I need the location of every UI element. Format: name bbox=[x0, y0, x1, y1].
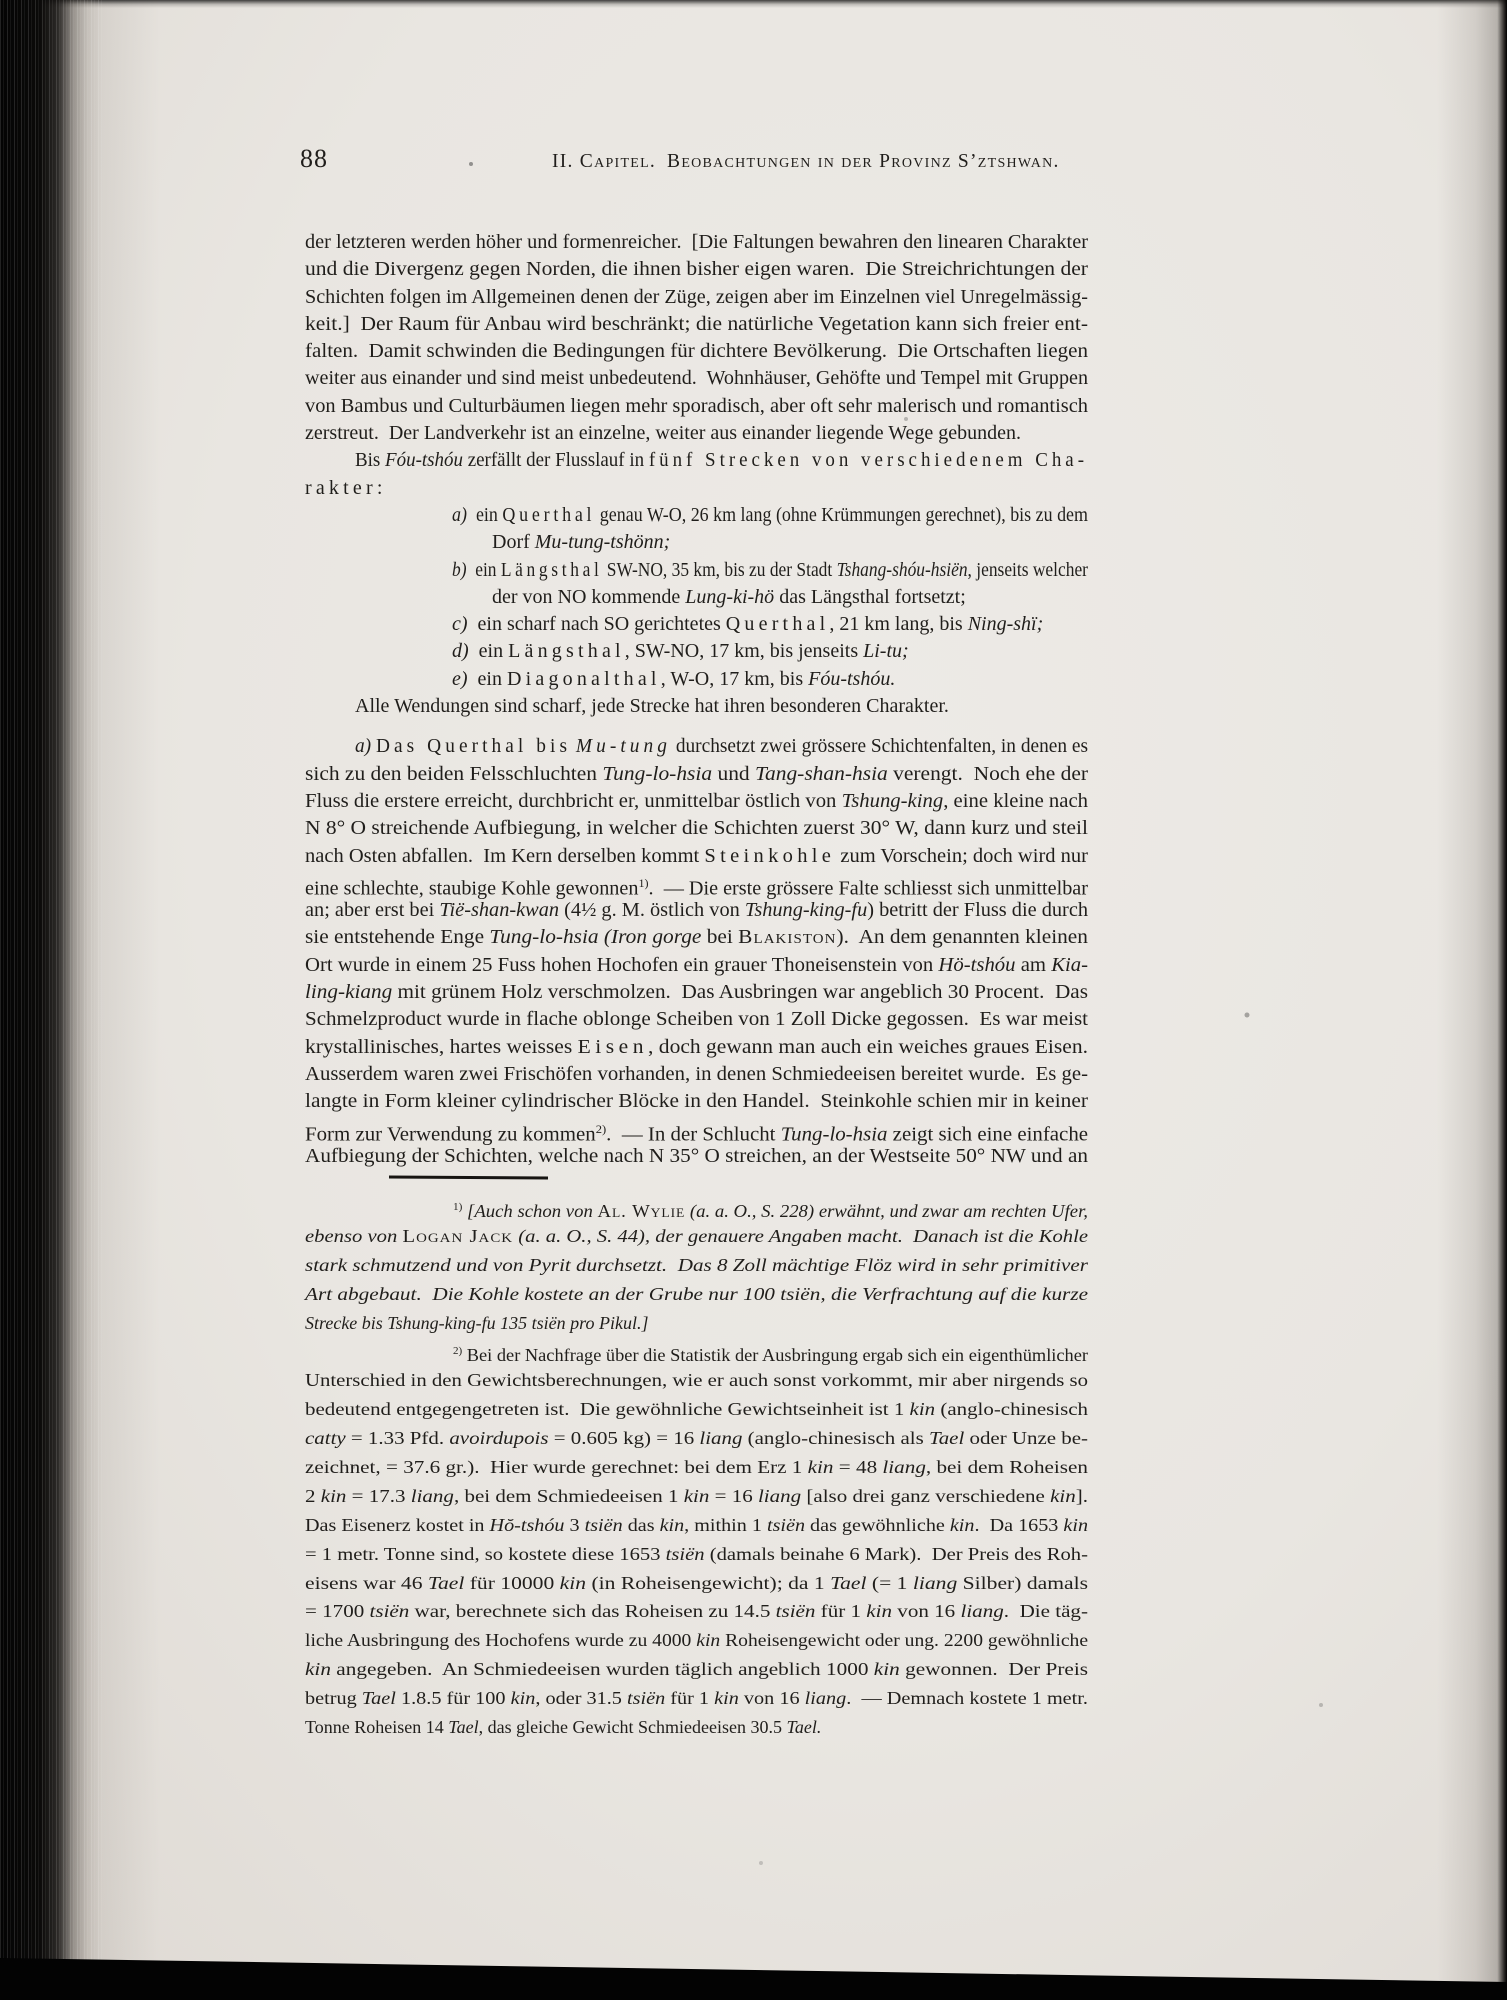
text-segment: kin bbox=[714, 1688, 739, 1708]
text-line: der letzteren werden höher und formenrei… bbox=[305, 229, 1088, 256]
text-line: der von NO kommende Lung-ki-hö das Längs… bbox=[305, 584, 1088, 611]
text-line: stark schmutzend und von Pyrit durchsetz… bbox=[305, 1251, 1088, 1280]
text-line: Strecke bis Tshung-king-fu 135 tsiën pro… bbox=[305, 1309, 1088, 1338]
text-segment: , bei dem Roheisen bbox=[926, 1457, 1088, 1477]
text-segment: ein scharf nach SO gerichtetes bbox=[468, 613, 726, 635]
text-segment: Logan Jack bbox=[402, 1226, 513, 1246]
text-segment: kin bbox=[1050, 1486, 1076, 1506]
text-segment: langte in Form kleiner cylindrischer Blö… bbox=[305, 1090, 1088, 1112]
text-line: c) ein scharf nach SO gerichtetes Querth… bbox=[305, 611, 1088, 638]
text-segment: ein bbox=[469, 640, 508, 662]
text-segment: a) bbox=[452, 504, 467, 526]
text-line: nach Osten abfallen. Im Kern derselben k… bbox=[305, 843, 1088, 870]
text-line: rakter: bbox=[305, 475, 1088, 502]
text-segment: Das Eisenerz kostet in bbox=[305, 1515, 490, 1535]
text-segment: ein bbox=[467, 504, 502, 526]
text-segment: liang bbox=[699, 1428, 742, 1448]
text-segment: N 8° O streichende Aufbiegung, in welche… bbox=[305, 817, 1088, 839]
text-line: Ort wurde in einem 25 Fuss hohen Hochofe… bbox=[305, 952, 1088, 979]
text-segment: liang bbox=[960, 1601, 1003, 1621]
text-segment: am bbox=[1016, 954, 1052, 976]
text-segment: angegeben. An Schmiedeeisen wurden tägli… bbox=[331, 1659, 874, 1679]
text-segment: 3 bbox=[564, 1515, 584, 1535]
text-segment: Tael bbox=[830, 1573, 866, 1593]
text-segment: (anglo-chinesisch bbox=[935, 1399, 1088, 1419]
text-segment: Mu-tung bbox=[576, 735, 671, 757]
text-segment: Bis bbox=[355, 449, 385, 471]
text-segment: Silber) damals bbox=[957, 1573, 1088, 1593]
text-segment: . Die täg- bbox=[1004, 1601, 1088, 1621]
text-segment: = 1.33 Pfd. bbox=[346, 1428, 450, 1448]
text-line: falten. Damit schwinden die Bedingungen … bbox=[305, 338, 1088, 365]
text-segment: liang bbox=[913, 1573, 957, 1593]
text-line: 2 kin = 17.3 liang, bei dem Schmiedeeise… bbox=[305, 1482, 1088, 1511]
text-segment: für 10000 bbox=[464, 1573, 559, 1593]
text-line: = 1700 tsiën war, berechnete sich das Ro… bbox=[305, 1597, 1088, 1626]
text-line: 2) Bei der Nachfrage über die Statistik … bbox=[305, 1337, 1088, 1366]
text-segment: , doch gewann man auch ein weiches graue… bbox=[648, 1036, 1088, 1058]
text-segment: ). An dem genannten kleinen bbox=[837, 926, 1088, 948]
text-segment: Tshung-king-fu bbox=[745, 899, 867, 921]
text-segment: ein bbox=[467, 559, 501, 581]
text-line: 1) [Auch schon von Al. Wylie (a. a. O., … bbox=[305, 1193, 1088, 1222]
text-segment: d) bbox=[452, 640, 469, 662]
text-segment: kin bbox=[910, 1399, 936, 1419]
text-line: Schmelzproduct wurde in flache oblonge S… bbox=[305, 1006, 1088, 1033]
text-segment: betrug bbox=[305, 1688, 362, 1708]
text-segment: liche Ausbringung des Hochofens wurde zu… bbox=[305, 1630, 696, 1650]
text-segment: [Auch schon von bbox=[462, 1201, 597, 1221]
scan-edge-right bbox=[1437, 0, 1507, 2000]
text-segment: mit grünem Holz verschmolzen. Das Ausbri… bbox=[392, 981, 1088, 1003]
text-segment: das bbox=[623, 1515, 660, 1535]
text-segment: Dorf bbox=[492, 531, 535, 553]
scan-edge-bottom bbox=[0, 1940, 1507, 2000]
text-segment: Roheisengewicht oder ung. 2200 gewöhnlic… bbox=[720, 1630, 1088, 1650]
text-segment: kin bbox=[696, 1630, 720, 1650]
text-line: sich zu den beiden Felsschluchten Tung-l… bbox=[305, 761, 1088, 788]
text-segment: kin bbox=[321, 1486, 347, 1506]
text-segment: (in Roheisengewicht); da 1 bbox=[586, 1573, 830, 1593]
text-line: sie entstehende Enge Tung-lo-hsia (Iron … bbox=[305, 924, 1088, 951]
text-line: b) ein Längsthal SW-NO, 35 km, bis zu de… bbox=[305, 557, 1088, 584]
text-segment: Das Querthal bis bbox=[376, 735, 571, 757]
text-segment: Hö-tshóu bbox=[938, 954, 1015, 976]
text-segment: Art abgebaut. Die Kohle kostete an der G… bbox=[305, 1284, 1088, 1304]
text-segment: bei bbox=[701, 926, 738, 948]
text-segment: (a. a. O., S. 228) erwähnt, und zwar am … bbox=[685, 1201, 1088, 1221]
text-line: liche Ausbringung des Hochofens wurde zu… bbox=[305, 1626, 1088, 1655]
text-segment: kin bbox=[874, 1659, 900, 1679]
text-segment: falten. Damit schwinden die Bedingungen … bbox=[305, 340, 1088, 362]
text-segment: Querthal bbox=[502, 504, 595, 526]
text-line: und die Divergenz gegen Norden, die ihne… bbox=[305, 256, 1088, 283]
text-line: Bis Fóu-tshóu zerfällt der Flusslauf in … bbox=[305, 447, 1088, 474]
text-segment: oder Unze be- bbox=[964, 1428, 1088, 1448]
text-segment: kin bbox=[684, 1486, 710, 1506]
text-segment: Strecke bis Tshung-king-fu 135 tsiën pro… bbox=[305, 1313, 648, 1333]
text-segment: = 0.605 kg) = 16 bbox=[549, 1428, 700, 1448]
text-line: eisens war 46 Tael für 10000 kin (in Roh… bbox=[305, 1569, 1088, 1598]
text-segment: Längsthal bbox=[508, 640, 625, 662]
text-segment: 1) bbox=[453, 1201, 462, 1213]
text-segment: Fóu-tshóu. bbox=[808, 668, 895, 690]
text-segment: Alle Wendungen sind scharf, jede Strecke… bbox=[355, 695, 949, 717]
text-line: zeichnet, = 37.6 gr.). Hier wurde gerech… bbox=[305, 1453, 1088, 1482]
text-segment: genau W-O, 26 km lang (ohne Krümmungen g… bbox=[595, 504, 1088, 526]
text-line: ebenso von Logan Jack (a. a. O., S. 44),… bbox=[305, 1222, 1088, 1251]
text-segment: , W-O, 17 km, bis bbox=[661, 668, 808, 690]
text-segment: = 1 metr. Tonne sind, so kostete diese 1… bbox=[305, 1544, 666, 1564]
text-segment: eisens war 46 bbox=[305, 1573, 428, 1593]
text-segment: tsiën bbox=[666, 1544, 705, 1564]
text-line: Dorf Mu-tung-tshönn; bbox=[305, 529, 1088, 556]
text-line: Schichten folgen im Allgemeinen denen de… bbox=[305, 284, 1088, 311]
text-segment: und die Divergenz gegen Norden, die ihne… bbox=[305, 258, 1088, 280]
text-line: Aufbiegung der Schichten, welche nach N … bbox=[305, 1143, 1088, 1170]
body-text: der letzteren werden höher und formenrei… bbox=[305, 229, 1088, 1170]
text-line: kin angegeben. An Schmiedeeisen wurden t… bbox=[305, 1655, 1088, 1684]
footnote-separator bbox=[389, 1175, 548, 1179]
text-segment: ) betritt der Fluss die durch bbox=[867, 899, 1088, 921]
footnotes: 1) [Auch schon von Al. Wylie (a. a. O., … bbox=[305, 1193, 1088, 1742]
text-segment: sie entstehende Enge bbox=[305, 926, 489, 948]
text-segment: . Da 1653 bbox=[974, 1515, 1063, 1535]
text-segment: der von NO kommende bbox=[492, 586, 685, 608]
scanned-book-page: 88 II. Capitel. Beobachtungen in der Pro… bbox=[0, 0, 1507, 2000]
text-segment: , 21 km lang, bis bbox=[829, 613, 967, 635]
text-line: Ausserdem waren zwei Frischöfen vorhande… bbox=[305, 1061, 1088, 1088]
text-segment: = 1700 bbox=[305, 1601, 370, 1621]
text-segment: , bei dem Schmiedeeisen 1 bbox=[454, 1486, 684, 1506]
text-line: ling-kiang mit grünem Holz verschmolzen.… bbox=[305, 979, 1088, 1006]
text-line: langte in Form kleiner cylindrischer Blö… bbox=[305, 1088, 1088, 1115]
text-segment: , oder 31.5 bbox=[535, 1688, 627, 1708]
text-segment: catty bbox=[305, 1428, 346, 1448]
text-segment: Fluss die erstere erreicht, durchbricht … bbox=[305, 790, 842, 812]
text-segment: nach Osten abfallen. Im Kern derselben k… bbox=[305, 845, 704, 867]
text-segment: zeichnet, = 37.6 gr.). Hier wurde gerech… bbox=[305, 1457, 808, 1477]
text-segment: liang bbox=[411, 1486, 454, 1506]
text-segment: Hŏ-tshóu bbox=[490, 1515, 565, 1535]
text-segment: tsiën bbox=[585, 1515, 623, 1535]
text-segment: der letzteren werden höher und formenrei… bbox=[305, 231, 1088, 253]
text-segment: Blakiston bbox=[738, 926, 836, 948]
text-segment: 2) bbox=[596, 1122, 606, 1136]
text-segment: , mithin 1 bbox=[684, 1515, 767, 1535]
text-segment: kin bbox=[808, 1457, 834, 1477]
text-segment: tsiën bbox=[627, 1688, 665, 1708]
text-segment: ling-kiang bbox=[305, 981, 392, 1003]
text-line: betrug Tael 1.8.5 für 100 kin, oder 31.5… bbox=[305, 1684, 1088, 1713]
text-segment: 2 bbox=[305, 1486, 321, 1506]
text-segment: weiter aus einander und sind meist unbed… bbox=[305, 367, 1088, 389]
text-line: zerstreut. Der Landverkehr ist an einzel… bbox=[305, 420, 1088, 447]
text-segment: ebenso von bbox=[305, 1226, 402, 1246]
text-segment: Bei der Nachfrage über die Statistik der… bbox=[462, 1345, 1088, 1365]
text-segment: keit.] Der Raum für Anbau wird beschränk… bbox=[305, 313, 1088, 335]
text-segment: Li-tu; bbox=[863, 640, 909, 662]
text-segment: für 1 bbox=[665, 1688, 714, 1708]
text-segment: avoirdupois bbox=[449, 1428, 548, 1448]
text-segment: tsiën bbox=[370, 1601, 410, 1621]
running-header: II. Capitel. Beobachtungen in der Provin… bbox=[552, 151, 1060, 173]
text-segment: Tael bbox=[929, 1428, 964, 1448]
text-segment: stark schmutzend und von Pyrit durchsetz… bbox=[305, 1255, 1088, 1275]
text-segment: (damals beinahe 6 Mark). Der Preis des R… bbox=[705, 1544, 1088, 1564]
text-segment: 1.8.5 für 100 bbox=[396, 1688, 511, 1708]
text-segment: krystallinisches, hartes weisses bbox=[305, 1036, 578, 1058]
text-segment: liang bbox=[882, 1457, 925, 1477]
text-segment: tsiën bbox=[776, 1601, 816, 1621]
text-line: keit.] Der Raum für Anbau wird beschränk… bbox=[305, 311, 1088, 338]
text-segment: Unterschied in den Gewichtsberechnungen,… bbox=[305, 1370, 1088, 1390]
text-segment: kin bbox=[1063, 1515, 1088, 1535]
text-segment: Ort wurde in einem 25 Fuss hohen Hochofe… bbox=[305, 954, 938, 976]
text-segment: Tonne Roheisen 14 bbox=[305, 1717, 448, 1737]
text-line: Art abgebaut. Die Kohle kostete an der G… bbox=[305, 1280, 1088, 1309]
text-line: bedeutend entgegengetreten ist. Die gewö… bbox=[305, 1395, 1088, 1424]
text-segment: Tung-lo-hsia (Iron gorge bbox=[489, 926, 701, 948]
text-segment: liang bbox=[758, 1486, 801, 1506]
text-segment: Tael bbox=[448, 1717, 478, 1737]
text-line: von Bambus und Culturbäumen liegen mehr … bbox=[305, 393, 1088, 420]
text-segment: , SW-NO, 17 km, bis jenseits bbox=[625, 640, 863, 662]
text-line: Form zur Verwendung zu kommen2). — In de… bbox=[305, 1116, 1088, 1143]
text-segment: Aufbiegung der Schichten, welche nach N … bbox=[305, 1145, 1088, 1167]
text-segment: rakter: bbox=[305, 477, 387, 499]
text-segment: [also drei ganz verschiedene bbox=[801, 1486, 1050, 1506]
scan-specks bbox=[0, 0, 2, 2]
text-segment: von Bambus und Culturbäumen liegen mehr … bbox=[305, 395, 1088, 417]
text-segment: e) bbox=[452, 668, 468, 690]
text-segment: bedeutend entgegengetreten ist. Die gewö… bbox=[305, 1399, 910, 1419]
text-segment: Tael. bbox=[787, 1717, 822, 1737]
text-segment: Eisen bbox=[578, 1036, 648, 1058]
text-segment: (anglo-chinesisch als bbox=[742, 1428, 929, 1448]
text-line: eine schlechte, staubige Kohle gewonnen1… bbox=[305, 870, 1088, 897]
text-segment: liang bbox=[805, 1688, 847, 1708]
text-segment: 1) bbox=[638, 876, 648, 890]
text-segment: durchsetzt zwei grössere Schichtenfalten… bbox=[671, 735, 1088, 757]
text-segment: verengt. Noch ehe der bbox=[888, 763, 1088, 785]
text-segment: Tshang-shóu-hsiën bbox=[837, 559, 968, 581]
text-segment: Schichten folgen im Allgemeinen denen de… bbox=[305, 286, 1088, 308]
text-segment: , eine kleine nach bbox=[943, 790, 1088, 812]
text-segment: das Längsthal fortsetzt; bbox=[774, 586, 966, 608]
text-segment: (= 1 bbox=[867, 1573, 913, 1593]
text-segment: für 1 bbox=[815, 1601, 866, 1621]
text-line: catty = 1.33 Pfd. avoirdupois = 0.605 kg… bbox=[305, 1424, 1088, 1453]
text-segment: von 16 bbox=[892, 1601, 960, 1621]
text-segment: a) bbox=[355, 735, 371, 757]
text-line: Alle Wendungen sind scharf, jede Strecke… bbox=[305, 693, 1088, 720]
text-segment: . — Demnach kostete 1 metr. bbox=[846, 1688, 1088, 1708]
text-segment: Längsthal bbox=[501, 559, 603, 581]
text-segment: Tië-shan-kwan bbox=[439, 899, 559, 921]
text-line: N 8° O streichende Aufbiegung, in welche… bbox=[305, 815, 1088, 842]
text-segment: Kia- bbox=[1051, 954, 1088, 976]
text-line: Unterschied in den Gewichtsberechnungen,… bbox=[305, 1366, 1088, 1395]
text-line: an; aber erst bei Tië-shan-kwan (4½ g. M… bbox=[305, 897, 1088, 924]
text-line: Tonne Roheisen 14 Tael, das gleiche Gewi… bbox=[305, 1713, 1088, 1742]
text-segment: ]. bbox=[1076, 1486, 1088, 1506]
text-segment: kin bbox=[305, 1659, 331, 1679]
text-line: = 1 metr. Tonne sind, so kostete diese 1… bbox=[305, 1540, 1088, 1569]
text-segment: b) bbox=[452, 559, 467, 581]
text-line: Das Eisenerz kostet in Hŏ-tshóu 3 tsiën … bbox=[305, 1511, 1088, 1540]
text-segment: Schmelzproduct wurde in flache oblonge S… bbox=[305, 1008, 1088, 1030]
text-segment: kin bbox=[560, 1573, 586, 1593]
text-segment: und bbox=[712, 763, 755, 785]
text-segment: fünf Strecken von verschiedenem Cha- bbox=[649, 449, 1088, 471]
text-line: e) ein Diagonalthal, W-O, 17 km, bis Fóu… bbox=[305, 666, 1088, 693]
text-segment: sich zu den beiden Felsschluchten bbox=[305, 763, 602, 785]
text-segment: kin bbox=[950, 1515, 975, 1535]
text-segment: zerstreut. Der Landverkehr ist an einzel… bbox=[305, 422, 1021, 444]
text-segment: = 48 bbox=[834, 1457, 883, 1477]
text-segment: (4½ g. M. östlich von bbox=[559, 899, 745, 921]
text-segment: Tael bbox=[362, 1688, 396, 1708]
text-segment: Tshung-king bbox=[842, 790, 944, 812]
text-segment: war, berechnete sich das Roheisen zu 14.… bbox=[409, 1601, 775, 1621]
text-segment: das gewöhnliche bbox=[805, 1515, 950, 1535]
text-line: a) Das Querthal bis Mu-tung durchsetzt z… bbox=[305, 733, 1088, 760]
text-segment: Diagonalthal bbox=[507, 668, 661, 690]
text-segment: Ning-shï; bbox=[968, 613, 1044, 635]
text-segment: Ausserdem waren zwei Frischöfen vorhande… bbox=[305, 1063, 1088, 1085]
text-segment: tsiën bbox=[767, 1515, 805, 1535]
text-segment: von 16 bbox=[739, 1688, 805, 1708]
text-segment: SW-NO, 35 km, bis zu der Stadt bbox=[602, 559, 836, 581]
text-segment: gewonnen. Der Preis bbox=[900, 1659, 1088, 1679]
text-segment: , das gleiche Gewicht Schmiedeeisen 30.5 bbox=[479, 1717, 787, 1737]
text-line: a) ein Querthal genau W-O, 26 km lang (o… bbox=[305, 502, 1088, 529]
text-segment: = 17.3 bbox=[346, 1486, 410, 1506]
text-segment: c) bbox=[452, 613, 468, 635]
scan-edge-top bbox=[0, 0, 1507, 8]
text-segment: Tung-lo-hsia bbox=[602, 763, 712, 785]
text-segment: Tael bbox=[428, 1573, 464, 1593]
text-segment: Steinkohle bbox=[704, 845, 835, 867]
text-segment: Fóu-tshóu bbox=[385, 449, 463, 471]
text-segment: (a. a. O., S. 44), der genauere Angaben … bbox=[513, 1226, 1088, 1246]
text-line: weiter aus einander und sind meist unbed… bbox=[305, 365, 1088, 392]
text-segment: Al. Wylie bbox=[598, 1201, 686, 1221]
text-segment: zum Vorschein; doch wird nur bbox=[835, 845, 1088, 867]
text-segment: ein bbox=[468, 668, 507, 690]
page-number: 88 bbox=[300, 144, 328, 174]
text-segment: Mu-tung-tshönn; bbox=[535, 531, 671, 553]
text-segment: Lung-ki-hö bbox=[685, 586, 774, 608]
text-segment: an; aber erst bei bbox=[305, 899, 439, 921]
text-segment: Tang-shan-hsia bbox=[755, 763, 888, 785]
text-line: Fluss die erstere erreicht, durchbricht … bbox=[305, 788, 1088, 815]
text-segment: , jenseits welcher bbox=[968, 559, 1088, 581]
text-segment: kin bbox=[511, 1688, 536, 1708]
text-segment: = 16 bbox=[709, 1486, 758, 1506]
text-segment: 2) bbox=[453, 1345, 462, 1357]
text-segment: kin bbox=[660, 1515, 685, 1535]
text-segment: Querthal bbox=[726, 613, 830, 635]
text-segment: zerfällt der Flusslauf in bbox=[463, 449, 649, 471]
text-segment: kin bbox=[866, 1601, 892, 1621]
binding-shadow bbox=[0, 0, 102, 2000]
text-line: krystallinisches, hartes weisses Eisen, … bbox=[305, 1034, 1088, 1061]
text-line: d) ein Längsthal, SW-NO, 17 km, bis jens… bbox=[305, 638, 1088, 665]
